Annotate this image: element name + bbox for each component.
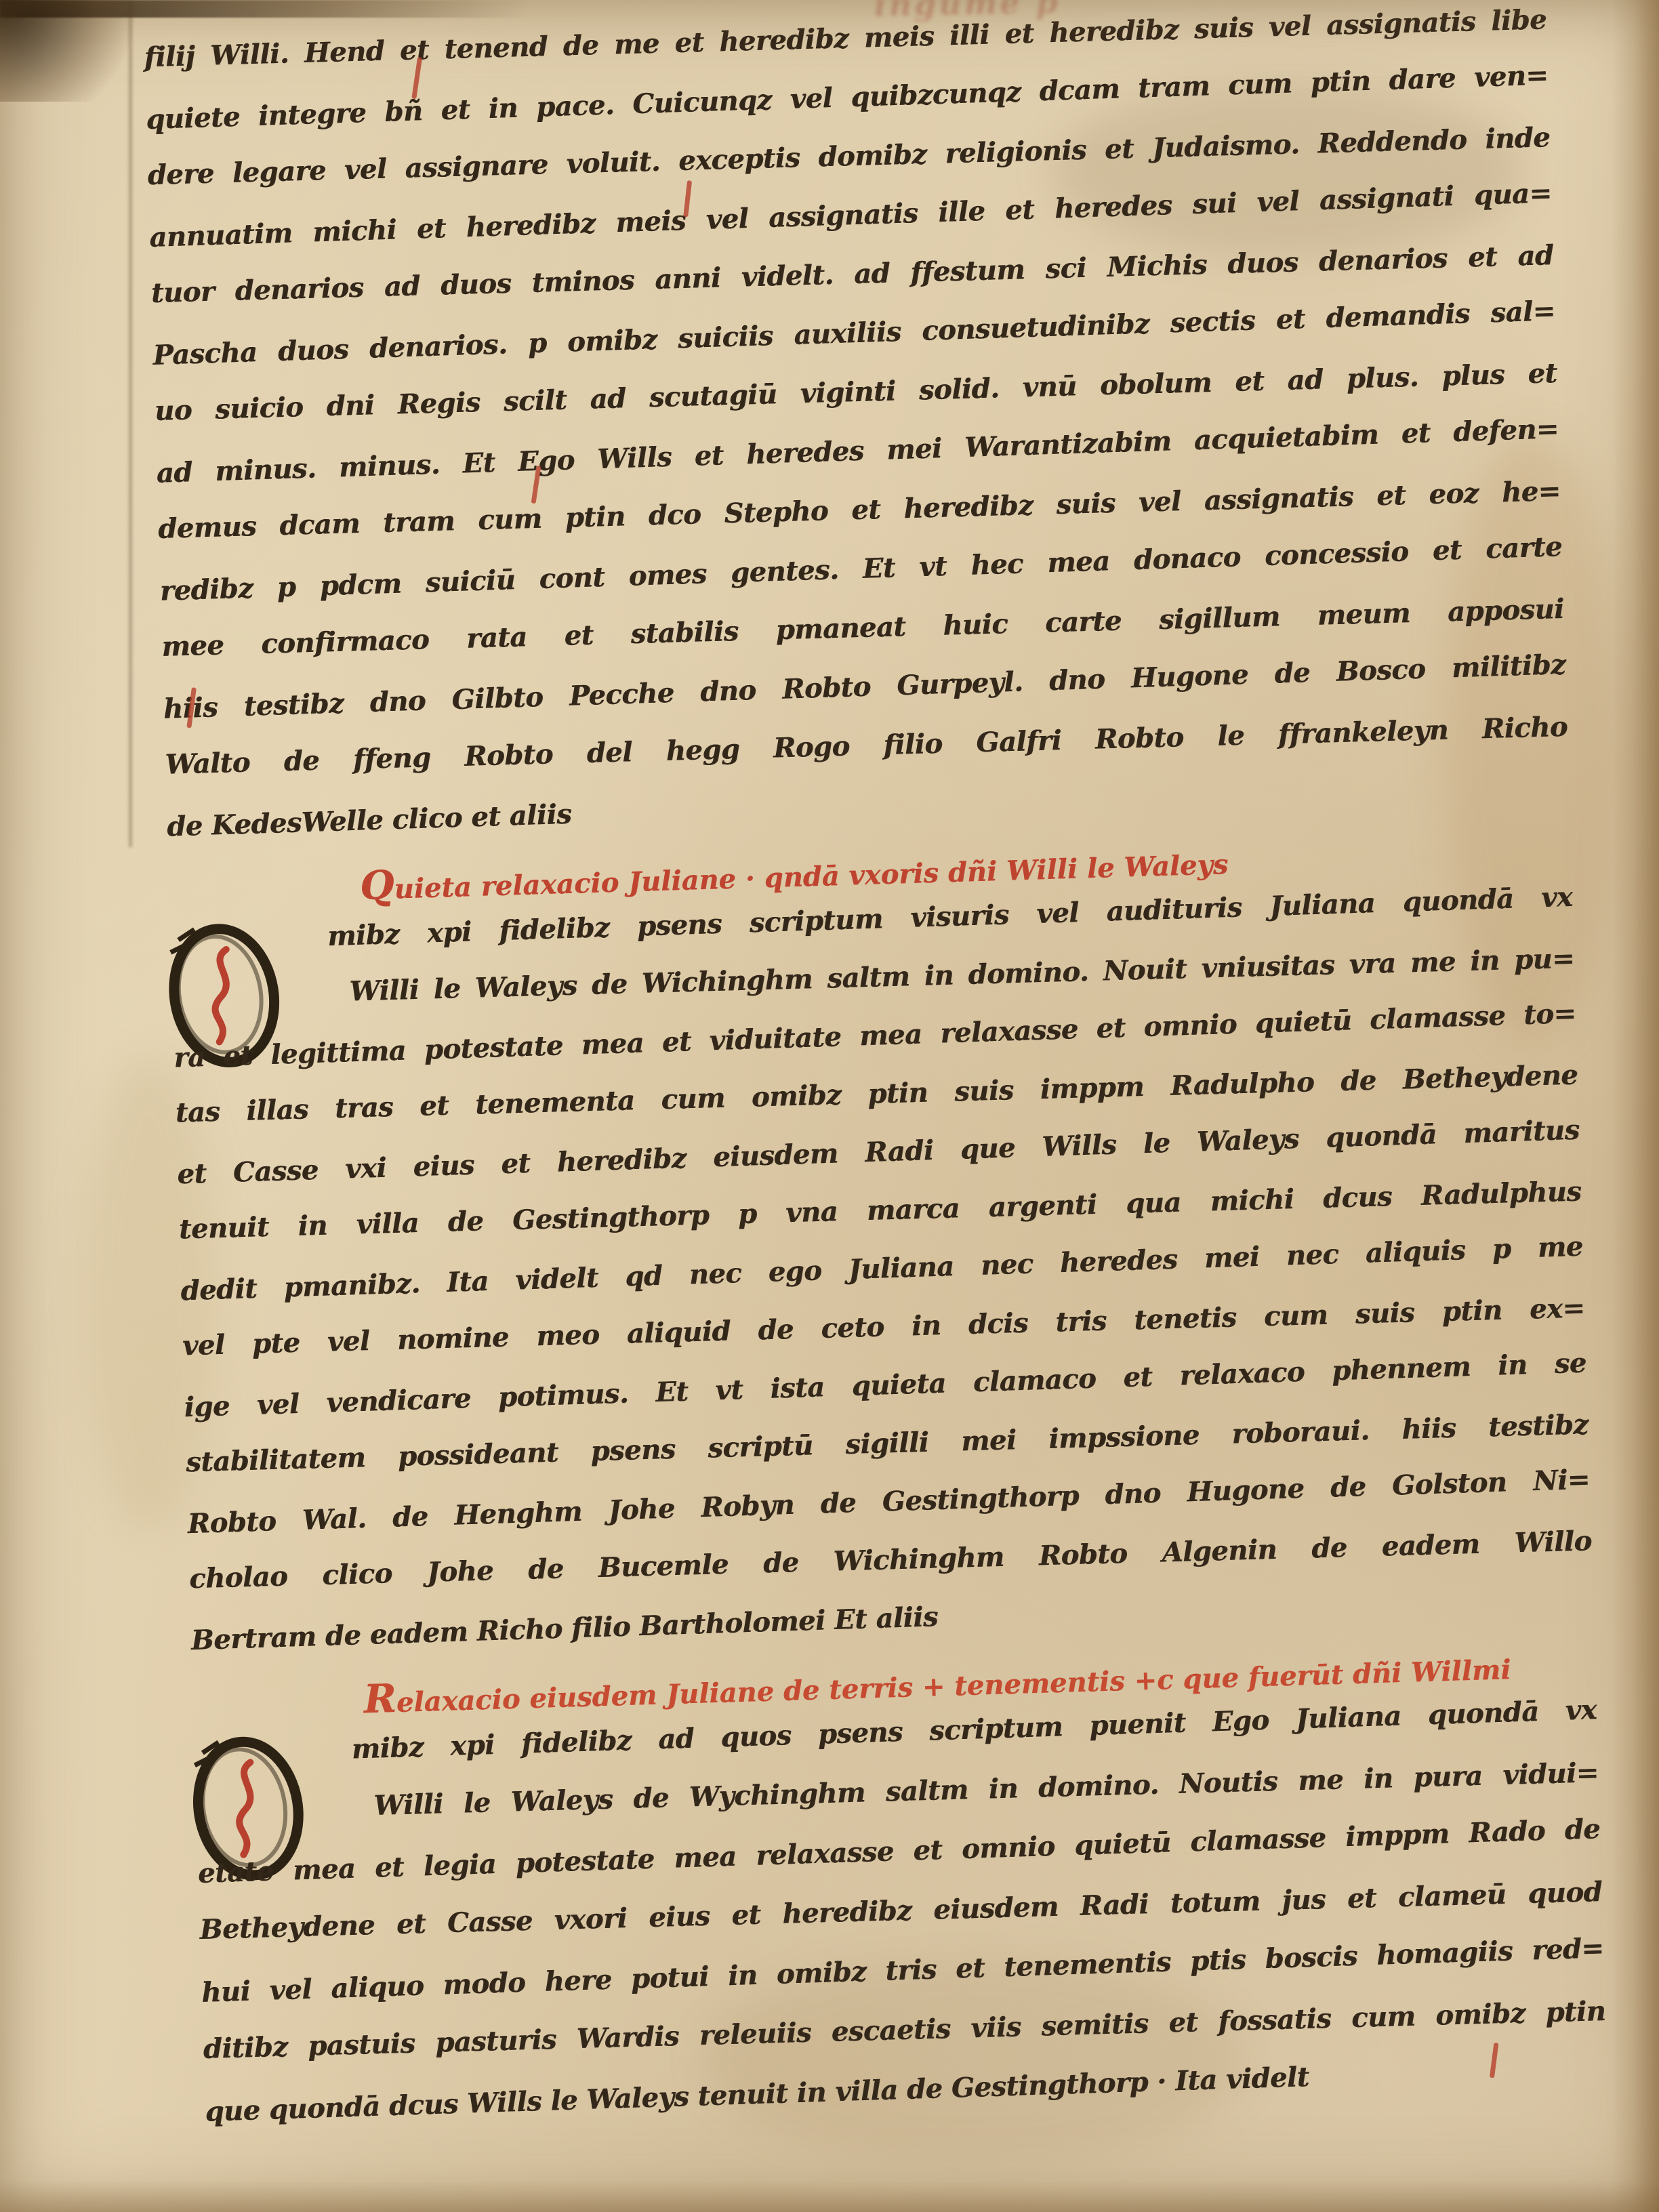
page-corner-shadow xyxy=(0,0,146,102)
page-right-edge-shading xyxy=(1612,0,1659,2212)
charter3-paragraph: mibz xpi fidelibz ad quos psens scriptum… xyxy=(194,1695,1608,2154)
text-block: filij Willi. Hend et tenend de me et her… xyxy=(144,2,1609,2154)
parchment-crease xyxy=(129,0,132,847)
manuscript-page: ingume p filij Willi. Hend et tenend de … xyxy=(0,0,1659,2212)
page-bottom-edge-shading xyxy=(0,2181,1659,2212)
charter2-paragraph: mibz xpi fidelibz psens scriptum visuris… xyxy=(170,882,1595,1681)
charter1-end-paragraph: filij Willi. Hend et tenend de me et her… xyxy=(144,2,1570,869)
